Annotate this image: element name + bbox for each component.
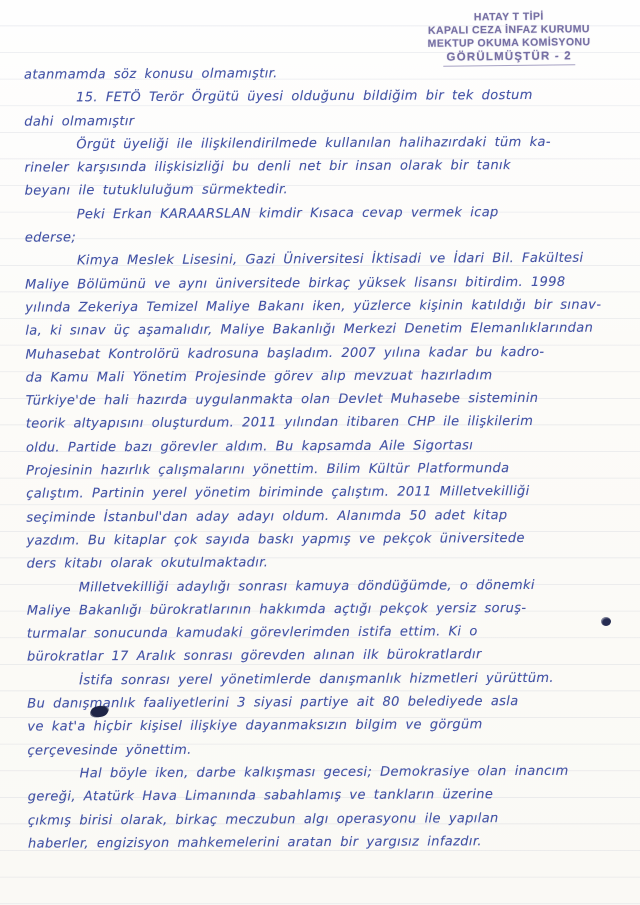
letter-line: haberler, engizisyon mahkemelerini arata… [28, 829, 640, 856]
ink-blot-icon [601, 617, 611, 626]
letter-line: Milletvekilliği adaylığı sonrası kamuya … [27, 573, 640, 600]
letter-line: çıkmış birisi olarak, birkaç meczubun al… [28, 806, 640, 833]
letter-line: seçiminde İstanbul'dan aday adayı oldum.… [26, 503, 640, 530]
letter-line: gereği, Atatürk Hava Limanında sabahlamı… [28, 783, 640, 810]
letter-line: rineler karşısında ilişkisizliği bu denl… [24, 154, 638, 181]
letter-line: Örgüt üyeliği ile ilişkilendirilmede kul… [24, 130, 638, 157]
handwritten-text: atanmamda söz konusu olmamıştır.15. FETÖ… [24, 60, 640, 855]
letter-line: Muhasebat Kontrolörü kadrosuna başladım.… [25, 340, 639, 367]
letter-line: beyanı ile tutukluluğum sürmektedir. [25, 177, 639, 204]
letter-line: Hal böyle iken, darbe kalkışması gecesi;… [28, 759, 640, 786]
letter-line: teorik altyapısını oluşturdum. 2011 yılı… [26, 410, 640, 437]
letter-line: Maliye Bölümünü ve aynı üniversitede bir… [25, 270, 639, 297]
letter-line: la, ki sınav üç aşamalıdır, Maliye Bakan… [25, 317, 639, 344]
letter-line: dahi olmamıştır [24, 107, 638, 134]
letter-line: da Kamu Mali Yönetim Projesinde görev al… [26, 363, 640, 390]
letter-line: turmalar sonucunda kamudaki görevlerimde… [27, 620, 640, 647]
letter-line: Kimya Meslek Lisesini, Gazi Üniversitesi… [25, 247, 639, 274]
letter-line: ders kitabı olarak okutulmaktadır. [26, 550, 640, 577]
scanned-letter-page: HATAY T TİPİ KAPALI CEZA İNFAZ KURUMU ME… [0, 0, 640, 905]
letter-line: atanmamda söz konusu olmamıştır. [24, 60, 638, 87]
letter-line: çerçevesinde yönettim. [27, 736, 640, 763]
letter-line: oldu. Partide bazı görevler aldım. Bu ka… [26, 433, 640, 460]
letter-line: ve kat'a hiçbir kişisel ilişkiye dayanma… [27, 713, 640, 740]
letter-line: 15. FETÖ Terör Örgütü üyesi olduğunu bil… [24, 84, 638, 111]
letter-line: Türkiye'de hali hazırda uygulanmakta ola… [26, 387, 640, 414]
letter-line: çalıştım. Partinin yerel yönetim birimin… [26, 480, 640, 507]
letter-line: Projesinin hazırlık çalışmalarını yönett… [26, 456, 640, 483]
letter-line: Peki Erkan KARAARSLAN kimdir Kısaca ceva… [25, 200, 639, 227]
prison-commission-stamp: HATAY T TİPİ KAPALI CEZA İNFAZ KURUMU ME… [384, 10, 635, 68]
letter-line: yılında Zekeriya Temizel Maliye Bakanı i… [25, 293, 639, 320]
letter-line: ederse; [25, 223, 639, 250]
letter-line: Maliye Bakanlığı bürokratlarının hakkımd… [27, 596, 640, 623]
letter-line: İstifa sonrası yerel yönetimlerde danışm… [27, 666, 640, 693]
letter-line: Bu danışmanlık faaliyetlerini 3 siyasi p… [27, 689, 640, 716]
letter-line: yazdım. Bu kitaplar çok sayıda baskı yap… [26, 526, 640, 553]
letter-line: bürokratlar 17 Aralık sonrası görevden a… [27, 643, 640, 670]
